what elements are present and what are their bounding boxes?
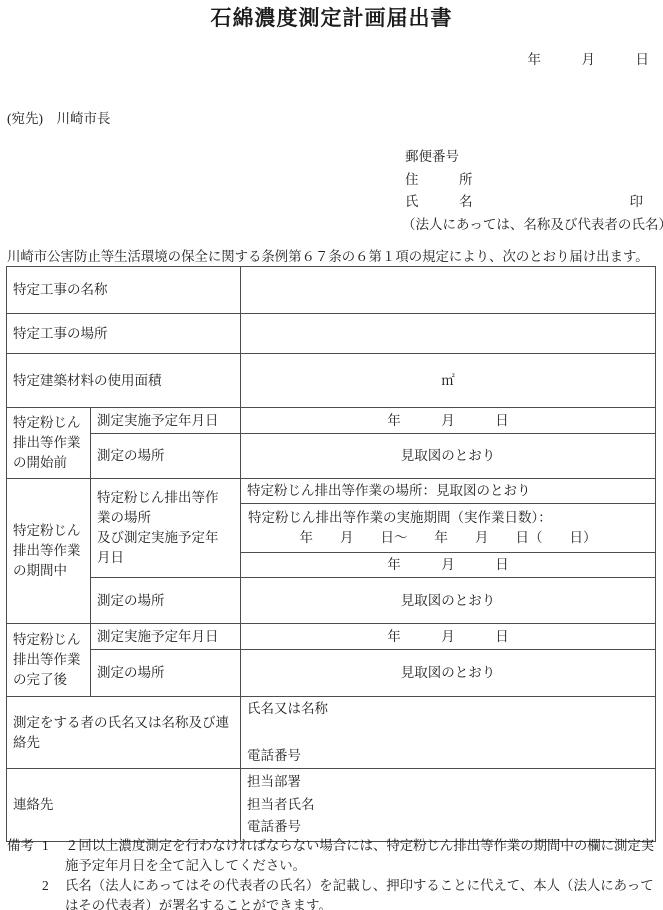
name-row: 氏 名 印 — [405, 191, 655, 214]
sender-block: 郵便番号 住 所 氏 名 印 （法人にあっては、名称及び代表者の氏名） — [405, 146, 655, 236]
table-row: 測定の場所 見取図のとおり — [7, 650, 656, 697]
table-row: 連絡先 担当部署 担当者氏名 電話番号 — [7, 769, 656, 842]
material-area-label-cell: 特定建築材料の使用面積 — [7, 354, 241, 408]
measurer-phone-label: 電話番号 — [247, 746, 649, 766]
after-place-label-cell: 測定の場所 — [91, 650, 241, 697]
after-place-value-cell: 見取図のとおり — [241, 650, 656, 697]
remark-spacer — [7, 856, 42, 876]
seal-mark: 印 — [630, 191, 656, 214]
work-place-label-cell: 特定工事の場所 — [7, 314, 241, 354]
work-name-label-cell: 特定工事の名称 — [7, 267, 241, 314]
remark-number: 2 — [42, 876, 65, 896]
work-name-value-cell — [241, 267, 656, 314]
table-row: 特定工事の場所 — [7, 314, 656, 354]
remark-line: 備考 1 ２回以上濃度測定を行わなければならない場合には、特定粉じん排出等作業の… — [7, 836, 662, 856]
statute-sentence: 川崎市公害防止等生活環境の保全に関する条例第６７条の６第１項の規定により、次のと… — [7, 246, 649, 265]
remarks-block: 備考 1 ２回以上濃度測定を行わなければならない場合には、特定粉じん排出等作業の… — [7, 836, 662, 910]
remark-number: 1 — [42, 836, 65, 856]
remark-text: ２回以上濃度測定を行わなければならない場合には、特定粉じん排出等作業の期間中の欄… — [65, 836, 654, 856]
table-row: 特定建築材料の使用面積 ㎡ — [7, 354, 656, 408]
after-section-label-cell: 特定粉じん 排出等作業 の完了後 — [7, 624, 91, 697]
table-row: 特定粉じん 排出等作業 の完了後 測定実施予定年月日 年 月 日 — [7, 624, 656, 650]
during-additional-date-cell: 年 月 日 — [241, 553, 656, 578]
remark-text: 施予定年月日を全て記入してください。 — [65, 856, 306, 876]
contact-label-cell: 連絡先 — [7, 769, 241, 842]
addressee-line: (宛先) 川崎市長 — [7, 107, 111, 127]
postal-code-label: 郵便番号 — [405, 146, 655, 169]
remarks-heading: 備考 — [7, 836, 42, 856]
contact-department-label: 担当部署 — [247, 771, 649, 794]
contact-person-label: 担当者氏名 — [247, 794, 649, 817]
remark-text: はその代表者）が署名することができます。 — [65, 896, 332, 910]
table-row: 測定をする者の氏名又は名称及び連 絡先 氏名又は名称 電話番号 — [7, 697, 656, 769]
page-title: 石綿濃度測定計画届出書 — [0, 2, 663, 32]
material-area-value-cell: ㎡ — [241, 354, 656, 408]
during-period-label: 特定粉じん排出等作業の実施期間（実作業日数）： — [247, 508, 649, 528]
measurer-label-cell: 測定をする者の氏名又は名称及び連 絡先 — [7, 697, 241, 769]
during-workplace-line-cell: 特定粉じん排出等作業の場所：見取図のとおり — [241, 479, 656, 504]
remark-text: 氏名（法人にあってはその代表者の氏名）を記載し、押印することに代えて、本人（法人… — [65, 876, 654, 896]
contact-lines: 担当部署 担当者氏名 電話番号 — [247, 771, 649, 839]
table-row: 特定粉じん 排出等作業 の開始前 測定実施予定年月日 年 月 日 — [7, 408, 656, 434]
remark-line: 2 氏名（法人にあってはその代表者の氏名）を記載し、押印することに代えて、本人（… — [7, 876, 662, 896]
before-place-label-cell: 測定の場所 — [91, 434, 241, 479]
notification-table: 特定工事の名称 特定工事の場所 特定建築材料の使用面積 ㎡ 特定粉じん 排出等作… — [6, 266, 656, 842]
table-row: 特定粉じん 排出等作業 の期間中 特定粉じん排出等作 業の場所 及び測定実施予定… — [7, 479, 656, 504]
name-label: 氏 名 — [405, 191, 473, 214]
remark-spacer — [7, 896, 42, 910]
during-period-dates: 年 月 日～ 年 月 日（ 日） — [247, 528, 649, 548]
during-detail-label-cell: 特定粉じん排出等作 業の場所 及び測定実施予定年 月日 — [91, 479, 241, 578]
before-date-label-cell: 測定実施予定年月日 — [91, 408, 241, 434]
before-date-value-cell: 年 月 日 — [241, 408, 656, 434]
form-document: 石綿濃度測定計画届出書 年 月 日 (宛先) 川崎市長 郵便番号 住 所 氏 名… — [0, 0, 663, 910]
after-date-label-cell: 測定実施予定年月日 — [91, 624, 241, 650]
work-place-value-cell — [241, 314, 656, 354]
during-place-label-cell: 測定の場所 — [91, 578, 241, 624]
table-row: 特定工事の名称 — [7, 267, 656, 314]
after-date-value-cell: 年 月 日 — [241, 624, 656, 650]
submission-date-line: 年 月 日 — [0, 48, 663, 68]
before-section-label-cell: 特定粉じん 排出等作業 の開始前 — [7, 408, 91, 479]
remark-spacer — [42, 856, 65, 876]
table-row: 測定の場所 見取図のとおり — [7, 578, 656, 624]
during-section-label-cell: 特定粉じん 排出等作業 の期間中 — [7, 479, 91, 624]
remark-spacer — [42, 896, 65, 910]
measurer-value-cell: 氏名又は名称 電話番号 — [241, 697, 656, 769]
remark-line: はその代表者）が署名することができます。 — [7, 896, 662, 910]
table-row: 測定の場所 見取図のとおり — [7, 434, 656, 479]
remark-line: 施予定年月日を全て記入してください。 — [7, 856, 662, 876]
address-label: 住 所 — [405, 169, 655, 192]
during-place-value-cell: 見取図のとおり — [241, 578, 656, 624]
during-period-cell: 特定粉じん排出等作業の実施期間（実作業日数）： 年 月 日～ 年 月 日（ 日） — [241, 504, 656, 553]
contact-value-cell: 担当部署 担当者氏名 電話番号 — [241, 769, 656, 842]
before-place-value-cell: 見取図のとおり — [241, 434, 656, 479]
corporate-note: （法人にあっては、名称及び代表者の氏名） — [402, 214, 655, 237]
remark-spacer — [7, 876, 42, 896]
measurer-name-label: 氏名又は名称 — [247, 699, 649, 719]
